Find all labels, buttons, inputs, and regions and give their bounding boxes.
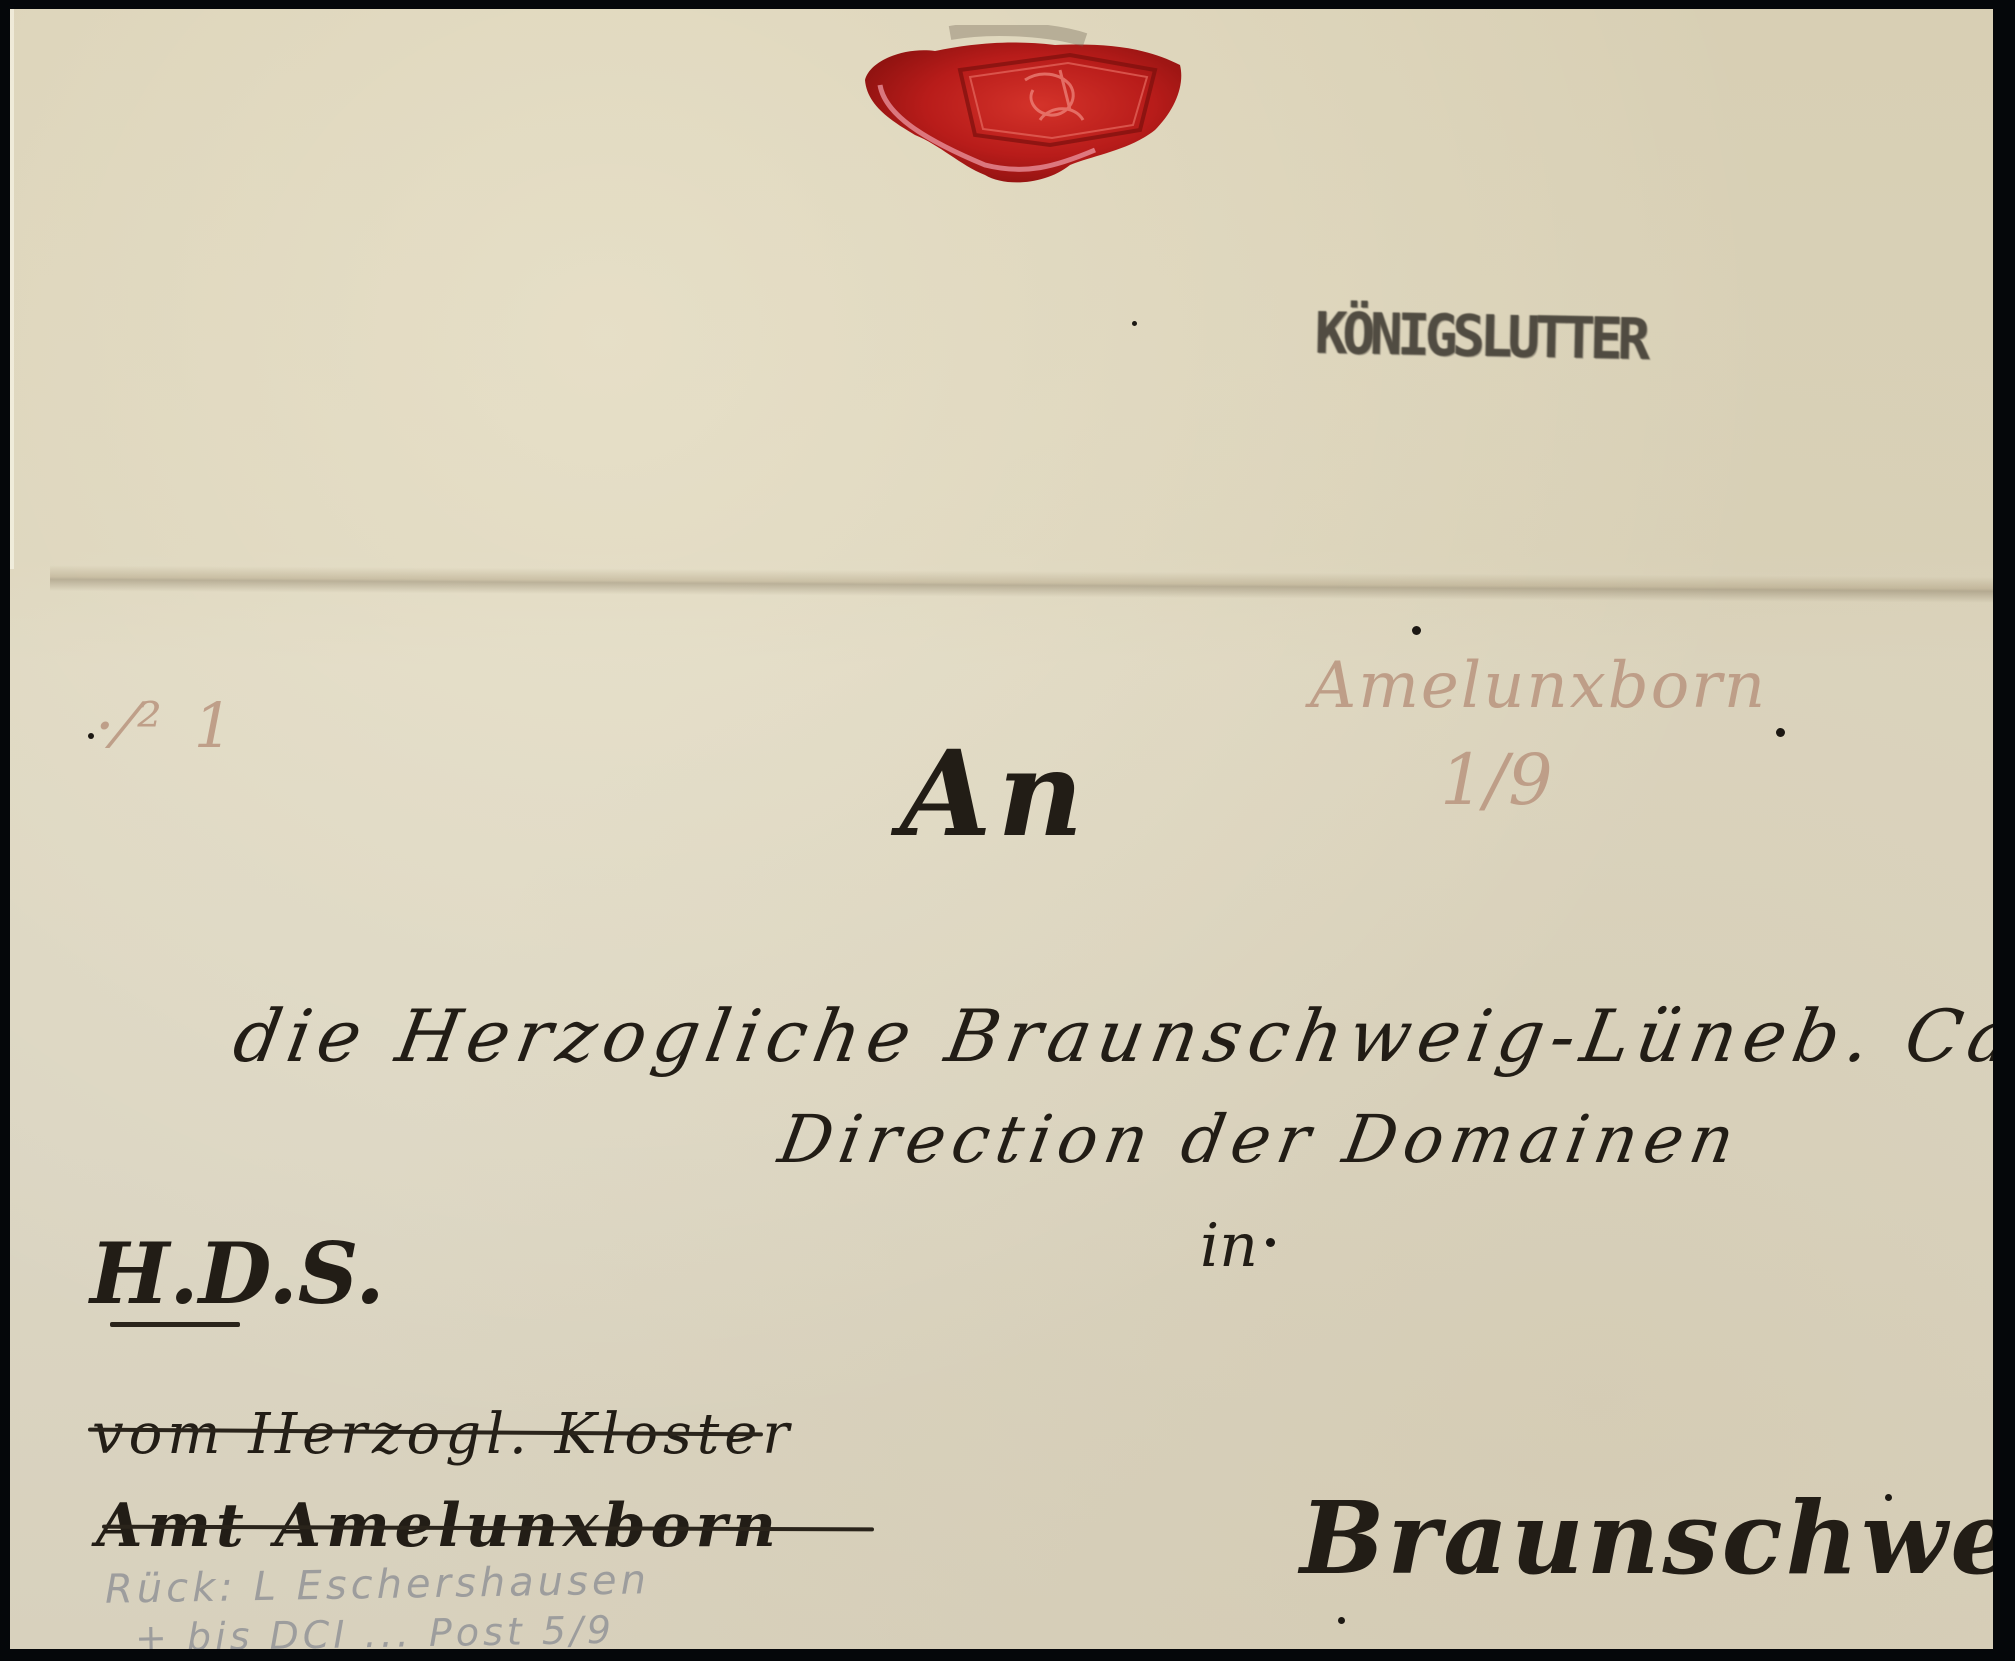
address-line-2: Direction der Domainen — [773, 1101, 1747, 1178]
letter-sheet: KÖNIGSLUTTER ·⁄² 1 Amelunxborn 1/9 An di… — [10, 9, 1993, 1649]
pencil-note-1: Rück: L Eschershausen — [105, 1557, 651, 1613]
postmark-handstamp: KÖNIGSLUTTER — [1314, 294, 1890, 384]
ink-dot — [1776, 728, 1785, 737]
postage-rate-marking: ·⁄² 1 — [95, 689, 239, 762]
charge-fraction-marking: 1/9 — [1440, 739, 1553, 821]
ink-dot — [1338, 1617, 1345, 1624]
address-salutation: An — [900, 724, 1089, 863]
abbreviation-underline — [110, 1322, 240, 1327]
pencil-note-2: + bis DCI ... Post 5/9 — [135, 1608, 616, 1649]
wax-seal — [855, 25, 1190, 190]
origin-marking: Amelunxborn — [1310, 649, 1767, 723]
fold-crease — [50, 565, 1993, 603]
address-line-1: die Herzogliche Braunschweig-Lüneb. Camm… — [228, 994, 1993, 1078]
address-preposition: in — [1200, 1211, 1258, 1281]
ink-dot — [1412, 626, 1421, 635]
ink-dot — [1132, 321, 1137, 326]
ink-dot — [88, 733, 94, 739]
paper-edge — [10, 9, 14, 569]
sender-abbreviation: H.D.S. — [90, 1224, 385, 1323]
ink-dot — [1885, 1494, 1892, 1501]
ink-dot — [1266, 1238, 1275, 1247]
